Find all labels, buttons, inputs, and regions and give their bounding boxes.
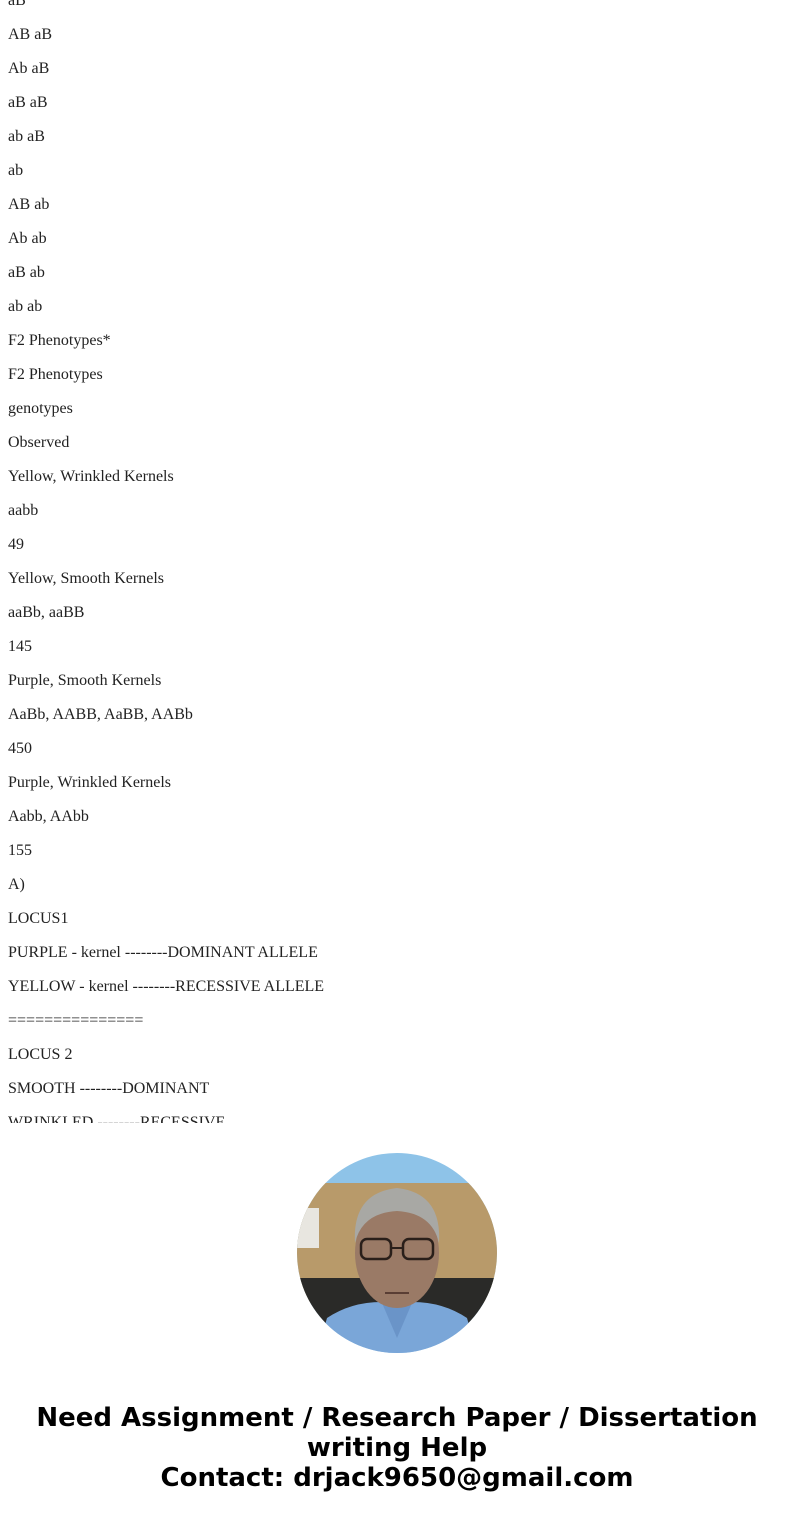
document-line: Yellow, Wrinkled Kernels (8, 460, 786, 494)
document-line: A) (8, 868, 786, 902)
document-line: AB ab (8, 188, 786, 222)
document-line: AaBb, AABB, AaBB, AABb (8, 698, 786, 732)
document-line: PURPLE - kernel --------DOMINANT ALLELE (8, 936, 786, 970)
document-line: 155 (8, 834, 786, 868)
document-line: YELLOW - kernel --------RECESSIVE ALLELE (8, 970, 786, 1004)
document-line: AB aB (8, 18, 786, 52)
document-line: LOCUS 2 (8, 1038, 786, 1072)
document-line: aB ab (8, 256, 786, 290)
document-line: aaBb, aaBB (8, 596, 786, 630)
document-line: Aabb, AAbb (8, 800, 786, 834)
document-line: WRINKLED --------RECESSIVE (8, 1106, 786, 1123)
document-line: 49 (8, 528, 786, 562)
promo-contact: Contact: drjack9650@gmail.com (0, 1463, 794, 1493)
document-line: F2 Phenotypes* (8, 324, 786, 358)
document-line: SMOOTH --------DOMINANT (8, 1072, 786, 1106)
document-line: ab ab (8, 290, 786, 324)
document-line: 145 (8, 630, 786, 664)
document-line: Observed (8, 426, 786, 460)
document-line: =============== (8, 1004, 786, 1038)
document-line: 450 (8, 732, 786, 766)
document-line: Purple, Smooth Kernels (8, 664, 786, 698)
author-avatar (297, 1153, 497, 1353)
document-body: aBAB aBAb aBaB aBab aBabAB abAb abaB aba… (8, 0, 786, 1123)
document-line: ab (8, 154, 786, 188)
document-line: LOCUS1 (8, 902, 786, 936)
author-photo-icon (297, 1153, 497, 1353)
document-line: Yellow, Smooth Kernels (8, 562, 786, 596)
promo-headline: Need Assignment / Research Paper / Disse… (0, 1403, 794, 1433)
document-line: Ab aB (8, 52, 786, 86)
document-line: aabb (8, 494, 786, 528)
document-line: aB (8, 0, 786, 18)
promo-banner: Need Assignment / Research Paper / Disse… (0, 1403, 794, 1493)
document-line: genotypes (8, 392, 786, 426)
document-line: Ab ab (8, 222, 786, 256)
document-line: F2 Phenotypes (8, 358, 786, 392)
promo-subline: writing Help (0, 1433, 794, 1463)
document-line: Purple, Wrinkled Kernels (8, 766, 786, 800)
document-line: aB aB (8, 86, 786, 120)
document-scroll-area[interactable]: aBAB aBAb aBaB aBab aBabAB abAb abaB aba… (0, 0, 794, 1123)
document-line: ab aB (8, 120, 786, 154)
